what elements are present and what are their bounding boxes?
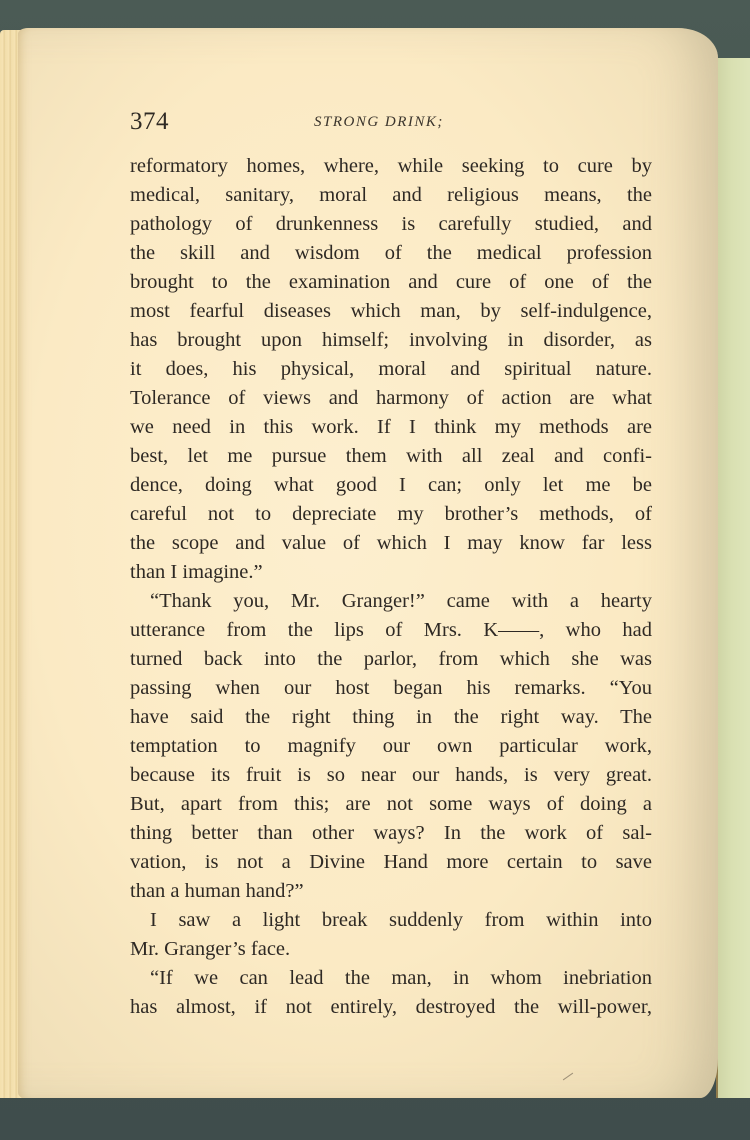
text-line: turned back into the parlor, from which … (130, 645, 652, 674)
text-line: passing when our host began his remarks.… (130, 674, 652, 703)
text-line: I saw a light break suddenly from within… (130, 906, 652, 935)
text-line: than I imagine.” (130, 558, 652, 587)
text-line: than a human hand?” (130, 877, 652, 906)
text-line: has brought upon himself; involving in d… (130, 326, 652, 355)
text-line: Mr. Granger’s face. (130, 935, 652, 964)
text-line: best, let me pursue them with all zeal a… (130, 442, 652, 471)
text-line: utterance from the lips of Mrs. K——, who… (130, 616, 652, 645)
text-line: have said the right thing in the right w… (130, 703, 652, 732)
text-line: because its fruit is so near our hands, … (130, 761, 652, 790)
book-cover-edge (716, 58, 750, 1098)
running-head: 374 STRONG DRINK; (130, 108, 630, 138)
running-title: STRONG DRINK; (314, 114, 444, 131)
text-line: most fearful diseases which man, by self… (130, 297, 652, 326)
text-line: “Thank you, Mr. Granger!” came with a he… (130, 587, 652, 616)
text-line: temptation to magnify our own particular… (130, 732, 652, 761)
text-line: reformatory homes, where, while seeking … (130, 152, 652, 181)
text-line: the skill and wisdom of the medical prof… (130, 239, 652, 268)
text-line: Tolerance of views and harmony of action… (130, 384, 652, 413)
text-line: But, apart from this; are not some ways … (130, 790, 652, 819)
text-line: pathology of drunkenness is carefully st… (130, 210, 652, 239)
body-text: reformatory homes, where, while seeking … (130, 152, 652, 1022)
text-line: we need in this work. If I think my meth… (130, 413, 652, 442)
text-line: thing better than other ways? In the wor… (130, 819, 652, 848)
text-line: medical, sanitary, moral and religious m… (130, 181, 652, 210)
text-line: “If we can lead the man, in whom inebria… (130, 964, 652, 993)
text-line: it does, his physical, moral and spiritu… (130, 355, 652, 384)
page-number: 374 (130, 108, 169, 136)
text-line: dence, doing what good I can; only let m… (130, 471, 652, 500)
text-line: has almost, if not entirely, destroyed t… (130, 993, 652, 1022)
text-line: brought to the examination and cure of o… (130, 268, 652, 297)
text-line: the scope and value of which I may know … (130, 529, 652, 558)
text-line: vation, is not a Divine Hand more certai… (130, 848, 652, 877)
text-line: careful not to depreciate my brother’s m… (130, 500, 652, 529)
